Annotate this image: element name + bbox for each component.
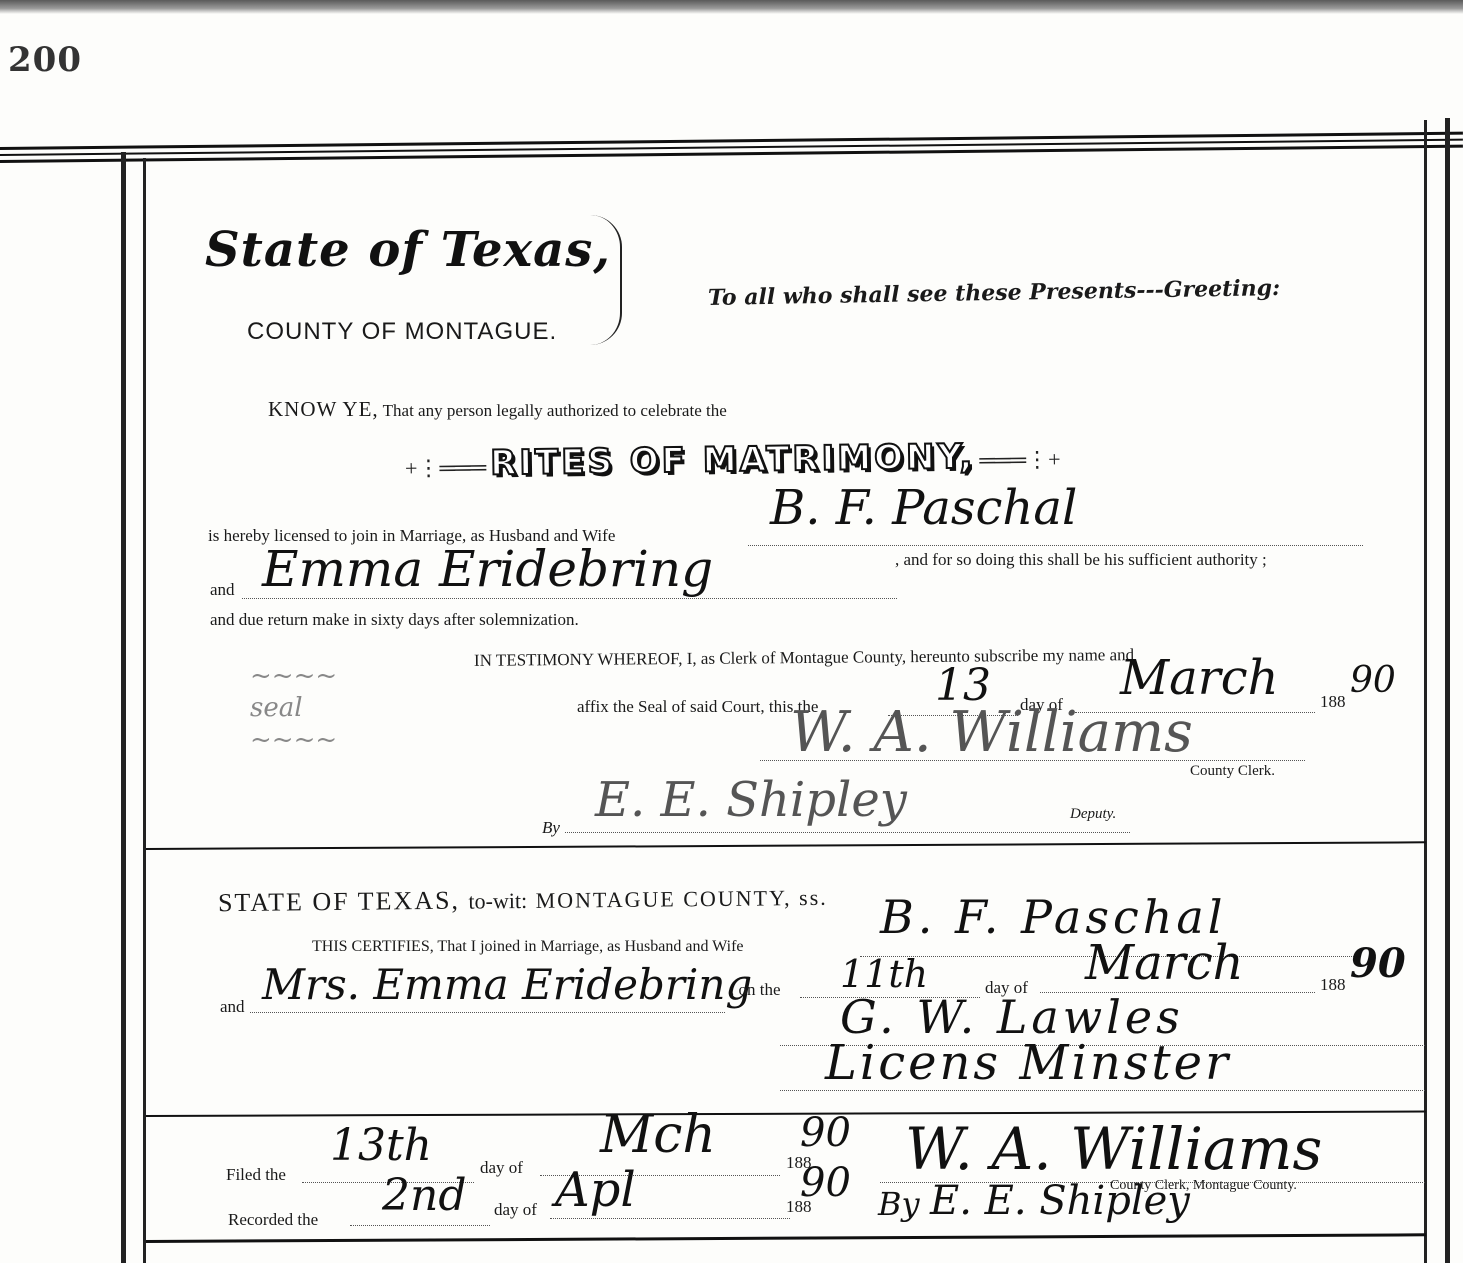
clerk-title: County Clerk. — [1190, 763, 1275, 780]
filed-label: Filed the — [226, 1165, 286, 1185]
know-ye-text: That any person legally authorized to ce… — [383, 401, 727, 420]
wife-name-field: Emma Eridebring — [262, 540, 713, 598]
seal-mark-2: ~~~~ — [250, 724, 337, 756]
right-ornament-icon: ═══⋮+ — [979, 446, 1061, 472]
section-divider-3 — [146, 1233, 1426, 1243]
filing-deputy-signature: E. E. Shipley — [930, 1178, 1190, 1224]
scan-top-edge — [0, 0, 1463, 14]
heading-brace — [590, 215, 622, 345]
return-text: and due return make in sixty days after … — [210, 610, 579, 630]
license-year-prefix: 188 — [1320, 692, 1346, 712]
filed-year-suffix: 90 — [800, 1110, 851, 1156]
wife-field-line — [242, 598, 897, 599]
court-seal-marks: ~~~~ seal ~~~~ — [250, 660, 337, 756]
cert-on-the-label: , on the — [730, 980, 781, 1000]
clerk-signature: W. A. Williams — [790, 700, 1193, 765]
cert-wife-name: Mrs. Emma Eridebring — [262, 960, 752, 1009]
county-heading: COUNTY OF MONTAGUE. — [247, 318, 557, 346]
left-border-line-inner — [143, 158, 146, 1263]
filing-by-label: By — [878, 1185, 920, 1223]
cert-year-suffix: 90 — [1350, 940, 1406, 987]
certificate-heading-county: MONTAGUE COUNTY, ss. — [536, 885, 828, 913]
seal-mark-text: seal — [250, 692, 337, 724]
filed-month-field: Mch — [600, 1105, 716, 1165]
seal-mark-1: ~~~~ — [250, 660, 337, 692]
husband-field-line — [748, 545, 1363, 546]
state-heading: State of Texas, — [205, 222, 611, 278]
rites-title: RITES OF MATRIMONY, — [490, 437, 976, 484]
right-border-line-inner — [1424, 120, 1427, 1263]
left-border-line-outer — [121, 152, 126, 1263]
recorded-year-suffix: 90 — [800, 1160, 851, 1206]
cert-year-prefix: 188 — [1320, 975, 1346, 995]
know-ye-caps: KNOW YE, — [268, 397, 379, 421]
filing-clerk-signature: W. A. Williams — [905, 1115, 1322, 1183]
rites-title-row: +⋮═══ RITES OF MATRIMONY, ═══⋮+ — [405, 435, 1061, 484]
seal-affix-text: affix the Seal of said Court, this the — [577, 697, 818, 717]
by-label: By — [542, 818, 560, 838]
recorded-day-of-label: day of — [494, 1200, 537, 1220]
certificate-heading-towit: to-wit: — [468, 888, 527, 914]
cert-month-field: March — [1085, 935, 1244, 991]
certificate-heading: STATE OF TEXAS, to-wit: MONTAGUE COUNTY,… — [218, 882, 828, 918]
officiant-title: Licens Minster — [825, 1035, 1231, 1091]
and-label: and — [210, 580, 235, 600]
cert-and-label: and — [220, 997, 245, 1017]
know-ye-line: KNOW YE, That any person legally authori… — [268, 397, 727, 422]
testimony-text: IN TESTIMONY WHEREOF, I, as Clerk of Mon… — [474, 645, 1134, 671]
recorded-month-field: Apl — [555, 1162, 636, 1218]
right-border-line-outer — [1445, 118, 1450, 1263]
recorded-label: Recorded the — [228, 1210, 318, 1230]
recorded-month-line — [550, 1218, 790, 1219]
authority-text: , and for so doing this shall be his suf… — [895, 550, 1267, 570]
recorded-day-line — [350, 1225, 490, 1226]
filed-day-field: 13th — [330, 1120, 432, 1171]
left-ornament-icon: +⋮═══ — [405, 454, 487, 480]
certificate-heading-state: STATE OF TEXAS, — [218, 886, 460, 918]
deputy-signature: E. E. Shipley — [595, 772, 907, 828]
page-number: 200 — [8, 40, 82, 80]
recorded-day-field: 2nd — [382, 1170, 467, 1221]
license-month-field: March — [1120, 650, 1279, 706]
deputy-signature-line — [565, 832, 1130, 833]
section-divider-1 — [146, 841, 1426, 850]
husband-name-field: B. F. Paschal — [770, 480, 1077, 536]
filed-day-of-label: day of — [480, 1158, 523, 1178]
greeting-text: To all who shall see these Presents---Gr… — [708, 275, 1281, 311]
cert-wife-line — [250, 1012, 725, 1013]
license-year-suffix: 90 — [1350, 660, 1396, 701]
deputy-title: Deputy. — [1070, 806, 1116, 823]
certifies-text: THIS CERTIFIES, That I joined in Marriag… — [312, 938, 744, 956]
